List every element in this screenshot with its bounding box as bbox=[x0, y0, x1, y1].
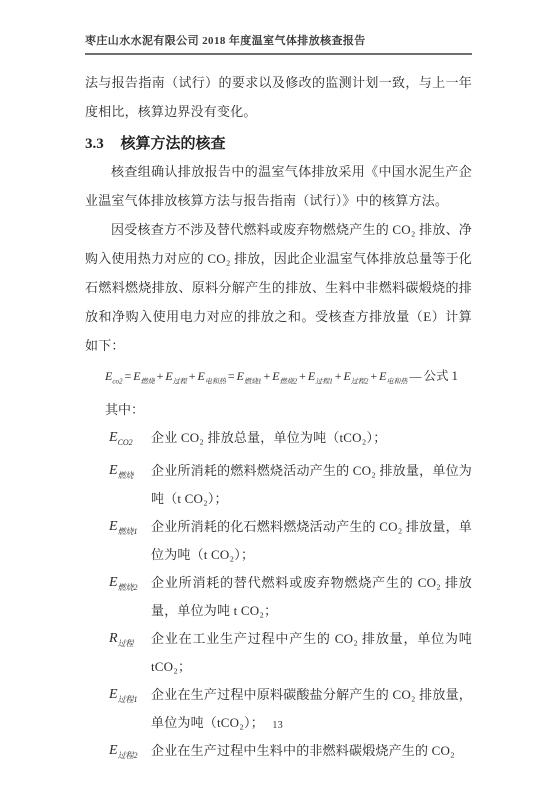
definition-row-combustion: E燃烧 企业所消耗的燃料燃烧活动产生的 CO₂ 排放量，单位为吨（t CO₂）； bbox=[109, 457, 472, 513]
formula-term-combustion2: E燃烧2 bbox=[272, 369, 297, 383]
symbol-r-process: R过程 bbox=[109, 625, 151, 658]
formula-term-electricity-heat: E电和热 bbox=[197, 369, 225, 383]
header-title: 枣庄山水水泥有限公司 2018 年度温室气体排放核查报告 bbox=[85, 34, 472, 48]
formula-term-eco2: Eco2 bbox=[105, 369, 122, 383]
symbol-e-co2: ECO2 bbox=[109, 424, 151, 457]
symbol-e-combustion1: E燃烧1 bbox=[109, 513, 151, 546]
definition-row-process: R过程 企业在工业生产过程中产生的 CO₂ 排放量，单位为吨 tCO₂； bbox=[109, 625, 472, 681]
definition-text: 企业所消耗的化石燃料燃烧活动产生的 CO₂ 排放量，单位为吨（t CO₂）； bbox=[151, 513, 472, 569]
section-heading: 3.3 核算方法的核查 bbox=[85, 133, 472, 155]
paragraph-scope: 因受核查方不涉及替代燃料或废弃物燃烧产生的 CO₂ 排放、净购入使用热力对应的 … bbox=[85, 215, 472, 360]
definition-text: 企业 CO₂ 排放总量，单位为吨（tCO₂）； bbox=[151, 424, 472, 452]
equals-sign: = bbox=[226, 369, 237, 383]
plus-sign: + bbox=[261, 369, 272, 383]
plus-sign: + bbox=[333, 369, 344, 383]
definition-text: 企业所消耗的替代燃料或废弃物燃烧产生的 CO₂ 排放量，单位为吨 t CO₂； bbox=[151, 569, 472, 625]
formula-dash: — bbox=[407, 369, 420, 383]
equals-sign: = bbox=[122, 369, 133, 383]
definition-text: 企业在工业生产过程中产生的 CO₂ 排放量，单位为吨 tCO₂； bbox=[151, 625, 472, 681]
formula-term-process: E过程 bbox=[165, 369, 186, 383]
definition-row-combustion2: E燃烧2 企业所消耗的替代燃料或废弃物燃烧产生的 CO₂ 排放量，单位为吨 t … bbox=[109, 569, 472, 625]
definition-text: 企业所消耗的燃料燃烧活动产生的 CO₂ 排放量，单位为吨（t CO₂）； bbox=[151, 457, 472, 513]
definition-row-combustion1: E燃烧1 企业所消耗的化石燃料燃烧活动产生的 CO₂ 排放量，单位为吨（t CO… bbox=[109, 513, 472, 569]
symbol-e-combustion2: E燃烧2 bbox=[109, 569, 151, 602]
formula-term-process2: E过程2 bbox=[343, 369, 368, 383]
plus-sign: + bbox=[187, 369, 198, 383]
symbol-e-process2: E过程2 bbox=[109, 737, 151, 770]
section-title: 核算方法的核查 bbox=[121, 136, 226, 152]
definition-row-eco2: ECO2 企业 CO₂ 排放总量，单位为吨（tCO₂）； bbox=[109, 424, 472, 457]
header-rule bbox=[85, 53, 472, 55]
plus-sign: + bbox=[155, 369, 166, 383]
formula-term-electricity-heat: E电和热 bbox=[379, 369, 407, 383]
page-number: 13 bbox=[0, 720, 555, 731]
document-page: 枣庄山水水泥有限公司 2018 年度温室气体排放核查报告 法与报告指南（试行）的… bbox=[0, 0, 555, 785]
formula-term-process1: E过程1 bbox=[308, 369, 333, 383]
definition-row-process2: E过程2 企业在生产过程中生料中的非燃料碳煅烧产生的 CO₂ bbox=[109, 737, 472, 770]
formula-term-combustion1: E燃烧1 bbox=[237, 369, 262, 383]
where-label: 其中： bbox=[85, 396, 472, 424]
paragraph-continued: 法与报告指南（试行）的要求以及修改的监测计划一致，与上一年度相比，核算边界没有变… bbox=[85, 68, 472, 126]
page-body: 法与报告指南（试行）的要求以及修改的监测计划一致，与上一年度相比，核算边界没有变… bbox=[85, 68, 472, 770]
page-header: 枣庄山水水泥有限公司 2018 年度温室气体排放核查报告 bbox=[85, 0, 472, 55]
paragraph-method: 核查组确认排放报告中的温室气体排放采用《中国水泥生产企业温室气体排放核算方法与报… bbox=[85, 157, 472, 215]
section-number: 3.3 bbox=[85, 136, 104, 152]
symbol-e-combustion: E燃烧 bbox=[109, 457, 151, 490]
plus-sign: + bbox=[297, 369, 308, 383]
formula-term-combustion: E燃烧 bbox=[133, 369, 154, 383]
definition-text: 企业在生产过程中生料中的非燃料碳煅烧产生的 CO₂ bbox=[151, 737, 472, 765]
definition-list: ECO2 企业 CO₂ 排放总量，单位为吨（tCO₂）； E燃烧 企业所消耗的燃… bbox=[85, 424, 472, 770]
formula-equation-1: Eco2=E燃烧+E过程+E电和热=E燃烧1+E燃烧2+E过程1+E过程2+E电… bbox=[85, 361, 472, 396]
symbol-e-process1: E过程1 bbox=[109, 681, 151, 714]
plus-sign: + bbox=[368, 369, 379, 383]
formula-label: 公式 1 bbox=[420, 369, 457, 383]
